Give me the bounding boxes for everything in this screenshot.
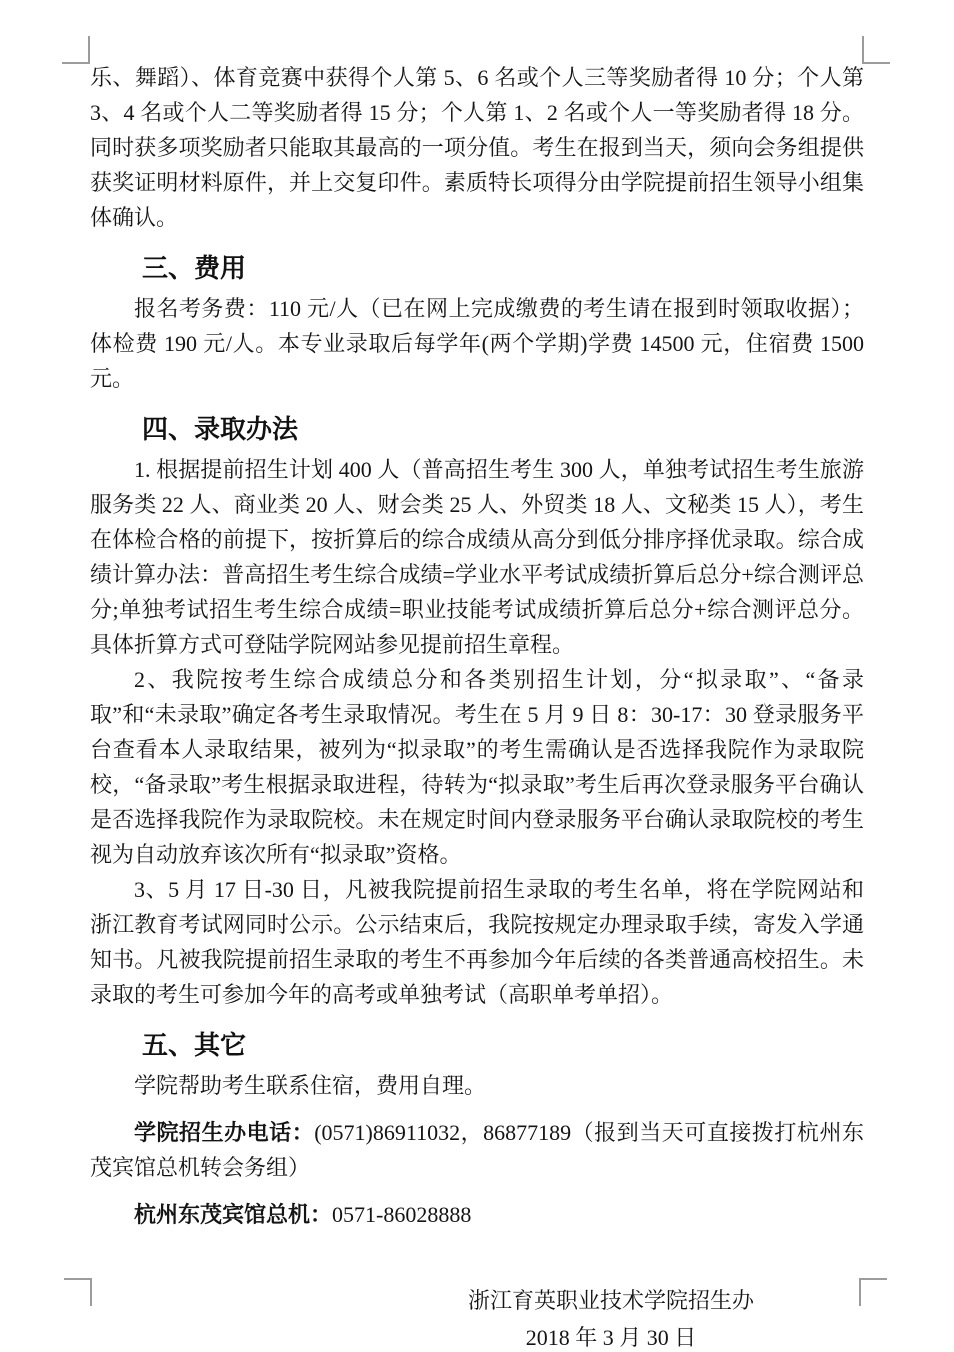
hotel-phone-number: 0571-86028888 <box>332 1202 471 1227</box>
signature-date: 2018 年 3 月 30 日 <box>468 1319 754 1352</box>
section-fee-heading: 三、费用 <box>142 253 864 283</box>
intro-paragraph: 乐、舞蹈）、体育竞赛中获得个人第 5、6 名或个人三等奖励者得 10 分；个人第… <box>90 60 864 235</box>
admission-paragraph-3: 3、5 月 17 日-30 日，凡被我院提前招生录取的考生名单，将在学院网站和浙… <box>90 872 864 1012</box>
document-body: 乐、舞蹈）、体育竞赛中获得个人第 5、6 名或个人三等奖励者得 10 分；个人第… <box>90 60 864 1352</box>
hotel-phone-paragraph: 杭州东茂宾馆总机：0571-86028888 <box>90 1197 864 1232</box>
crop-mark-top-right <box>862 36 890 64</box>
section-other-heading: 五、其它 <box>142 1030 864 1060</box>
signature-block: 浙江育英职业技术学院招生办 2018 年 3 月 30 日 <box>468 1282 754 1352</box>
signature-organization: 浙江育英职业技术学院招生办 <box>468 1282 754 1319</box>
hotel-phone-label: 杭州东茂宾馆总机： <box>134 1202 332 1227</box>
admission-paragraph-2: 2、我院按考生综合成绩总分和各类别招生计划，分“拟录取”、“备录取”和“未录取”… <box>90 662 864 872</box>
admission-paragraph-1: 1. 根据提前招生计划 400 人（普高招生考生 300 人，单独考试招生考生旅… <box>90 452 864 662</box>
admissions-phone-label: 学院招生办电话： <box>134 1120 314 1145</box>
crop-mark-bottom-left <box>64 1278 92 1306</box>
fee-paragraph: 报名考务费：110 元/人（已在网上完成缴费的考生请在报到时领取收据）；体检费 … <box>90 291 864 396</box>
lodging-paragraph: 学院帮助考生联系住宿，费用自理。 <box>90 1068 864 1103</box>
crop-mark-top-left <box>62 36 90 64</box>
admissions-phone-paragraph: 学院招生办电话：(0571)86911032，86877189（报到当天可直接拨… <box>90 1115 864 1185</box>
document-page: 乐、舞蹈）、体育竞赛中获得个人第 5、6 名或个人三等奖励者得 10 分；个人第… <box>0 0 954 1352</box>
section-admission-heading: 四、录取办法 <box>142 414 864 444</box>
